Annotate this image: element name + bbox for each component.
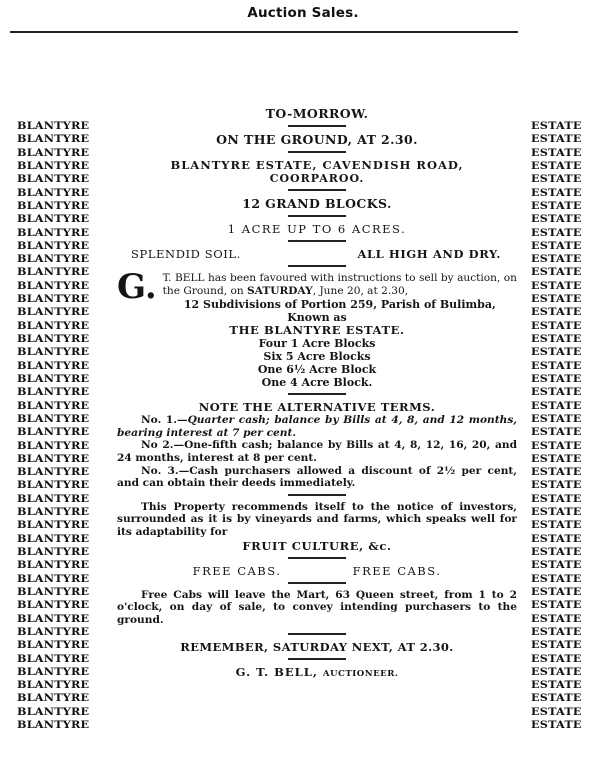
left-repeat-word: BLANTYRE	[17, 533, 114, 546]
term-item: No. 3.—Cash purchasers allowed a discoun…	[117, 465, 517, 490]
right-repeat-word: ESTATE	[531, 413, 606, 426]
term-item: No 2.—One-fifth cash; balance by Bills a…	[117, 439, 517, 464]
left-repeat-word: BLANTYRE	[17, 400, 114, 413]
divider	[288, 494, 346, 496]
location-line-1: BLANTYRE ESTATE, CAVENDISH ROAD,	[117, 158, 517, 172]
dry-heading: ALL HIGH AND DRY.	[357, 247, 501, 261]
right-repeat-word: ESTATE	[531, 719, 606, 732]
estate-name-heading: THE BLANTYRE ESTATE.	[117, 324, 517, 337]
dropcap: G.	[117, 273, 157, 301]
divider	[288, 151, 346, 153]
right-repeat-word: ESTATE	[531, 653, 606, 666]
right-repeat-word: ESTATE	[531, 519, 606, 532]
left-repeat-word: BLANTYRE	[17, 666, 114, 679]
right-repeat-word: ESTATE	[531, 506, 606, 519]
right-repeat-word: ESTATE	[531, 586, 606, 599]
cabs-paragraph: Free Cabs will leave the Mart, 63 Queen …	[117, 589, 517, 627]
left-repeat-word: BLANTYRE	[17, 613, 114, 626]
right-repeat-word: ESTATE	[531, 493, 606, 506]
location-line-2: COORPAROO.	[117, 172, 517, 185]
advert-body: TO-MORROW. ON THE GROUND, AT 2.30. BLANT…	[117, 104, 517, 679]
right-repeat-word: ESTATE	[531, 306, 606, 319]
right-repeat-word: ESTATE	[531, 626, 606, 639]
terms-heading: NOTE THE ALTERNATIVE TERMS.	[117, 400, 517, 414]
left-repeat-word: BLANTYRE	[17, 626, 114, 639]
left-repeat-word: BLANTYRE	[17, 386, 114, 399]
left-repeat-word: BLANTYRE	[17, 586, 114, 599]
left-repeat-word: BLANTYRE	[17, 333, 114, 346]
right-repeat-word: ESTATE	[531, 280, 606, 293]
right-repeat-word: ESTATE	[531, 453, 606, 466]
right-repeat-word: ESTATE	[531, 253, 606, 266]
right-repeat-word: ESTATE	[531, 266, 606, 279]
auctioneer-name: G. T. BELL,	[236, 665, 318, 679]
subdivisions-line: 12 Subdivisions of Portion 259, Parish o…	[117, 298, 517, 311]
left-repeat-word: BLANTYRE	[17, 240, 114, 253]
divider	[288, 125, 346, 127]
divider	[288, 557, 346, 559]
left-repeat-word: BLANTYRE	[17, 519, 114, 532]
divider	[288, 265, 346, 267]
left-repeat-word: BLANTYRE	[17, 453, 114, 466]
right-repeat-word: ESTATE	[531, 240, 606, 253]
on-ground-heading: ON THE GROUND, AT 2.30.	[117, 132, 517, 147]
tomorrow-heading: TO-MORROW.	[117, 106, 517, 121]
right-repeat-word: ESTATE	[531, 533, 606, 546]
right-repeat-word: ESTATE	[531, 466, 606, 479]
right-repeat-column: ESTATEESTATEESTATEESTATEESTATEESTATEESTA…	[531, 120, 601, 732]
right-repeat-word: ESTATE	[531, 360, 606, 373]
right-repeat-word: ESTATE	[531, 400, 606, 413]
right-repeat-word: ESTATE	[531, 386, 606, 399]
masthead-title: Auction Sales.	[0, 5, 606, 21]
left-repeat-word: BLANTYRE	[17, 306, 114, 319]
right-repeat-word: ESTATE	[531, 666, 606, 679]
divider	[288, 393, 346, 395]
fruit-culture-heading: FRUIT CULTURE, &c.	[117, 539, 517, 553]
right-repeat-word: ESTATE	[531, 133, 606, 146]
left-repeat-word: BLANTYRE	[17, 692, 114, 705]
signature: G. T. BELL, Auctioneer.	[117, 665, 517, 679]
left-repeat-word: BLANTYRE	[17, 493, 114, 506]
left-repeat-word: BLANTYRE	[17, 227, 114, 240]
left-repeat-word: BLANTYRE	[17, 346, 114, 359]
right-repeat-word: ESTATE	[531, 173, 606, 186]
left-repeat-word: BLANTYRE	[17, 466, 114, 479]
divider	[288, 582, 346, 584]
left-repeat-word: BLANTYRE	[17, 360, 114, 373]
acres-heading: 1 ACRE UP TO 6 ACRES.	[117, 222, 517, 236]
left-repeat-word: BLANTYRE	[17, 413, 114, 426]
right-repeat-word: ESTATE	[531, 293, 606, 306]
right-repeat-word: ESTATE	[531, 426, 606, 439]
block-list-item: One 6½ Acre Block	[117, 363, 517, 376]
left-repeat-word: BLANTYRE	[17, 373, 114, 386]
right-repeat-word: ESTATE	[531, 706, 606, 719]
left-repeat-word: BLANTYRE	[17, 266, 114, 279]
intro-paragraph: G.T. BELL has been favoured with instruc…	[117, 272, 517, 297]
right-repeat-word: ESTATE	[531, 546, 606, 559]
left-repeat-word: BLANTYRE	[17, 133, 114, 146]
right-repeat-word: ESTATE	[531, 187, 606, 200]
divider	[288, 240, 346, 242]
divider	[288, 215, 346, 217]
free-cabs-heading: FREE CABS.	[193, 564, 282, 578]
right-repeat-word: ESTATE	[531, 599, 606, 612]
divider	[288, 633, 346, 635]
right-repeat-word: ESTATE	[531, 373, 606, 386]
remember-heading: REMEMBER, SATURDAY NEXT, AT 2.30.	[117, 640, 517, 654]
left-repeat-word: BLANTYRE	[17, 599, 114, 612]
left-repeat-word: BLANTYRE	[17, 719, 114, 732]
left-repeat-word: BLANTYRE	[17, 506, 114, 519]
left-repeat-word: BLANTYRE	[17, 120, 114, 133]
masthead-rule	[10, 31, 518, 33]
left-repeat-word: BLANTYRE	[17, 280, 114, 293]
left-repeat-word: BLANTYRE	[17, 320, 114, 333]
left-repeat-word: BLANTYRE	[17, 440, 114, 453]
left-repeat-word: BLANTYRE	[17, 200, 114, 213]
right-repeat-word: ESTATE	[531, 320, 606, 333]
right-repeat-word: ESTATE	[531, 559, 606, 572]
left-repeat-column: BLANTYREBLANTYREBLANTYREBLANTYREBLANTYRE…	[17, 120, 107, 732]
left-repeat-word: BLANTYRE	[17, 253, 114, 266]
left-repeat-word: BLANTYRE	[17, 293, 114, 306]
right-repeat-word: ESTATE	[531, 479, 606, 492]
auctioneer-title: Auctioneer.	[323, 669, 399, 679]
right-repeat-word: ESTATE	[531, 213, 606, 226]
right-repeat-word: ESTATE	[531, 120, 606, 133]
left-repeat-word: BLANTYRE	[17, 573, 114, 586]
left-repeat-word: BLANTYRE	[17, 546, 114, 559]
right-repeat-word: ESTATE	[531, 440, 606, 453]
right-repeat-word: ESTATE	[531, 346, 606, 359]
divider	[288, 658, 346, 660]
left-repeat-word: BLANTYRE	[17, 479, 114, 492]
right-repeat-word: ESTATE	[531, 160, 606, 173]
left-repeat-word: BLANTYRE	[17, 639, 114, 652]
right-repeat-word: ESTATE	[531, 333, 606, 346]
left-repeat-word: BLANTYRE	[17, 160, 114, 173]
right-repeat-word: ESTATE	[531, 679, 606, 692]
left-repeat-word: BLANTYRE	[17, 559, 114, 572]
right-repeat-word: ESTATE	[531, 639, 606, 652]
left-repeat-word: BLANTYRE	[17, 213, 114, 226]
soil-heading: SPLENDID SOIL.	[131, 247, 241, 261]
block-list-item: Six 5 Acre Blocks	[117, 350, 517, 363]
block-list-item: Four 1 Acre Blocks	[117, 337, 517, 350]
right-repeat-word: ESTATE	[531, 692, 606, 705]
property-paragraph: This Property recommends itself to the n…	[117, 501, 517, 539]
terms-list: No. 1.—Quarter cash; balance by Bills at…	[117, 414, 517, 490]
term-item: No. 1.—Quarter cash; balance by Bills at…	[117, 414, 517, 439]
left-repeat-word: BLANTYRE	[17, 653, 114, 666]
left-repeat-word: BLANTYRE	[17, 706, 114, 719]
left-repeat-word: BLANTYRE	[17, 679, 114, 692]
right-repeat-word: ESTATE	[531, 147, 606, 160]
left-repeat-word: BLANTYRE	[17, 147, 114, 160]
free-cabs-heading: FREE CABS.	[353, 564, 442, 578]
left-repeat-word: BLANTYRE	[17, 187, 114, 200]
grand-blocks-heading: 12 GRAND BLOCKS.	[117, 196, 517, 211]
right-repeat-word: ESTATE	[531, 573, 606, 586]
left-repeat-word: BLANTYRE	[17, 426, 114, 439]
left-repeat-word: BLANTYRE	[17, 173, 114, 186]
right-repeat-word: ESTATE	[531, 227, 606, 240]
right-repeat-word: ESTATE	[531, 613, 606, 626]
divider	[288, 189, 346, 191]
block-list-item: One 4 Acre Block.	[117, 376, 517, 389]
right-repeat-word: ESTATE	[531, 200, 606, 213]
